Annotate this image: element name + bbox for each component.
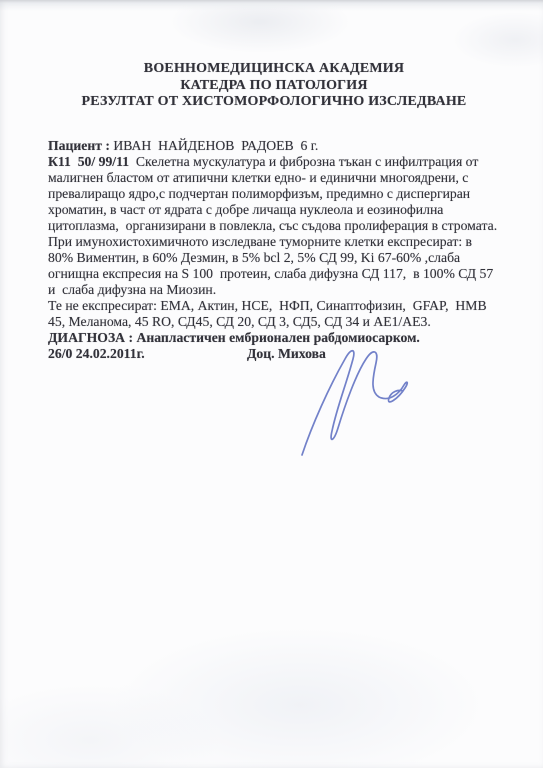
ihc-positive-paragraph: При имунохистохимичното изследване тумор… (48, 234, 500, 298)
ihc-negative-paragraph: Те не експресират: ЕМА, Актин, НСЕ, НФП,… (48, 298, 500, 330)
department-name: КАТЕДРА ПО ПАТОЛОГИЯ (48, 78, 500, 95)
case-number: К11 50/ 99/11 (48, 154, 136, 169)
report-title: РЕЗУЛТАТ ОТ ХИСТОМОРФОЛОГИЧНО ИЗСЛЕДВАНЕ (48, 94, 500, 111)
report-content: ВОЕННОМЕДИЦИНСКА АКАДЕМИЯ КАТЕДРА ПО ПАТ… (48, 61, 500, 362)
handwritten-signature (296, 341, 446, 481)
patient-name: ИВАН НАЙДЕНОВ РАДОЕВ 6 г. (113, 138, 318, 153)
patient-label: Пациент : (48, 138, 113, 153)
organization-name: ВОЕННОМЕДИЦИНСКА АКАДЕМИЯ (48, 61, 500, 78)
patient-line: Пациент : ИВАН НАЙДЕНОВ РАДОЕВ 6 г. (48, 138, 500, 154)
diagnosis-label: ДИАГНОЗА : (48, 330, 136, 345)
scanned-report-page: ВОЕННОМЕДИЦИНСКА АКАДЕМИЯ КАТЕДРА ПО ПАТ… (0, 0, 543, 768)
protocol-date: 26/0 24.02.2011г. (48, 346, 145, 361)
report-header: ВОЕННОМЕДИЦИНСКА АКАДЕМИЯ КАТЕДРА ПО ПАТ… (48, 61, 500, 111)
histology-paragraph: К11 50/ 99/11 Скелетна мускулатура и фиб… (48, 154, 500, 234)
